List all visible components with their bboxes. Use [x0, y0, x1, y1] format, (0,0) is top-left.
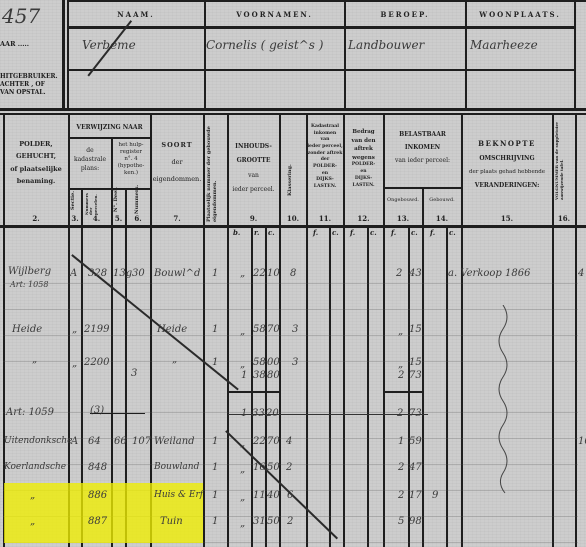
header-naam: NAAM.	[68, 10, 204, 19]
col12-line1: Bedrag	[344, 128, 383, 137]
subtotal-line	[383, 391, 422, 393]
wavy-line-icon	[495, 305, 515, 495]
unit-c14-c: c.	[449, 228, 456, 237]
row1-c13: 43	[409, 268, 422, 279]
hulp-line4: (hypothe-	[112, 163, 150, 170]
col14-label: Gebouwd.	[423, 197, 461, 204]
row1-c15: a. Verkoop 1866	[448, 268, 530, 279]
row2-b: „	[240, 326, 245, 337]
row2-klasse: 3	[292, 324, 298, 335]
divider	[0, 108, 586, 111]
col13-number: 13.	[384, 214, 422, 223]
col7-line3: eigendommen.	[151, 171, 203, 188]
col9-line2: GROOTTE	[228, 154, 279, 168]
unit-c13-f: f.	[391, 228, 396, 237]
col12-line6: en	[344, 169, 383, 176]
divider	[575, 114, 577, 547]
kadastrale-line3: plans:	[69, 164, 111, 173]
col7-number: 7.	[151, 214, 203, 223]
row9-f13: 5	[398, 516, 404, 527]
row3-polder: „	[32, 354, 37, 365]
col16-label: VOLGNUMMER van de suppletoire aanwijzend…	[555, 120, 565, 200]
article-number: 457	[2, 4, 40, 28]
row1-deel: 13g	[113, 268, 132, 279]
divider	[383, 187, 461, 189]
row9-klasse: 2	[287, 516, 293, 527]
belastbaar-line2: INKOMEN	[384, 141, 461, 154]
hulp-line2: register	[112, 149, 150, 156]
divider	[68, 137, 150, 139]
divider	[67, 26, 575, 29]
row9-c: 50	[267, 516, 280, 527]
unit-c11-c: c.	[332, 228, 339, 237]
col10-label: Klassering.	[287, 164, 293, 196]
row2-c: 70	[267, 324, 280, 335]
col7-line2: der	[151, 154, 203, 171]
row3-deel: 3	[131, 368, 137, 379]
row7-r: 16	[253, 462, 266, 473]
col5-label: N°. Deel.	[113, 187, 119, 212]
unit-bunders: b.	[233, 228, 240, 237]
row3-c8: 1	[212, 357, 218, 368]
col9-line4: ieder perceel.	[228, 183, 279, 197]
divider	[67, 69, 575, 71]
owner-label-2: ACHTER , OF	[0, 81, 58, 89]
row3-c13: 15	[409, 357, 422, 368]
row6-polder: Uitendonksche	[4, 436, 72, 446]
col7-line1: SOORT	[151, 137, 203, 154]
row3-r: 58	[253, 357, 266, 368]
col4-number: 4.	[82, 214, 111, 223]
col12-line2: van den	[344, 137, 383, 146]
row6-f13: 1	[398, 436, 404, 447]
col12-line5: POLDER-	[344, 162, 383, 169]
row3-soort: „	[172, 354, 177, 365]
owner-beroep: Landbouwer	[348, 38, 424, 52]
col2-line2: GEHUCHT,	[4, 150, 68, 162]
row9-c8: 1	[212, 516, 218, 527]
row9-polder: „	[30, 516, 35, 527]
col9-number: 9.	[228, 214, 279, 223]
row4-c13: 73	[409, 370, 422, 381]
row5-perceel: (3)	[90, 405, 104, 416]
row2-soort: Heide	[157, 324, 187, 335]
col15-line3: der plaats gehad hebbende	[462, 166, 552, 179]
col16-number: 16.	[553, 214, 575, 223]
owner-woonplaats: Maarheeze	[470, 38, 538, 52]
col15-line4: VERANDERINGEN:	[462, 179, 552, 193]
row2-sectie: „	[72, 324, 77, 335]
kadastrale-line1: de	[69, 146, 111, 155]
col3-label: Sectie.	[70, 191, 76, 210]
row6-c13: 59	[409, 436, 422, 447]
unit-c13-c: c.	[411, 228, 418, 237]
col6-number: 6.	[126, 214, 150, 223]
row2-c13: 15	[409, 324, 422, 335]
row8-c13: 17	[409, 490, 422, 501]
row9-r: 31	[253, 516, 266, 527]
owner-label-1: HITGEBRUIKER.	[0, 73, 58, 81]
divider	[0, 113, 586, 115]
row2-polder: Heide	[12, 324, 42, 335]
row5-f13: 2	[397, 408, 403, 419]
header-beroep: BEROEP.	[345, 10, 465, 19]
header-voornamen: VOORNAMEN.	[205, 10, 344, 19]
hulp-line3: n°. 4	[112, 156, 150, 163]
col15-line2: OMSCHRIJVING	[462, 152, 552, 166]
row8-r: 11	[253, 490, 266, 501]
row3-sectie: „	[72, 358, 77, 369]
row4-b: 1	[241, 370, 247, 381]
col3-number: 3.	[69, 214, 81, 223]
row1-nummer: 30	[132, 268, 145, 279]
col11-line9: DIJKS-	[307, 177, 343, 184]
row1-r: 22	[253, 268, 266, 279]
row1-c16: 4	[578, 268, 584, 279]
row7-klasse: 2	[286, 462, 292, 473]
jaar-label: AAR .....	[0, 40, 29, 48]
row6-soort: Weiland	[154, 436, 195, 447]
row8-polder: „	[30, 490, 35, 501]
row3-f13: „	[398, 359, 403, 370]
row7-c13: 47	[409, 462, 422, 473]
row3-perceel: 2200	[84, 357, 109, 368]
row8-b: „	[240, 492, 245, 503]
row6-c8: 1	[212, 436, 218, 447]
divider	[367, 228, 369, 547]
col13-label: Ongebouwd.	[384, 197, 422, 204]
col9-line3: van	[228, 169, 279, 183]
row8-c: 40	[267, 490, 280, 501]
divider	[383, 114, 385, 547]
row6-b: „	[240, 438, 245, 449]
col6-label: Nummers.	[134, 185, 140, 214]
ruled-line	[3, 335, 578, 336]
unit-ellen: c.	[268, 228, 275, 237]
row2-f13: „	[398, 326, 403, 337]
unit-roeden: r.	[254, 228, 259, 237]
col15-number: 15.	[462, 214, 552, 223]
col12-line8: LASTEN.	[344, 183, 383, 190]
col2-line4: benaming.	[4, 175, 68, 187]
col11-line4: ieder perceel,	[307, 144, 343, 151]
register-page: 457 AAR ..... HITGEBRUIKER. ACHTER , OF …	[0, 0, 586, 547]
divider	[574, 0, 576, 108]
row8-klasse: 6	[287, 490, 293, 501]
col11-line2: inkomen	[307, 131, 343, 138]
row7-c8: 1	[212, 462, 218, 473]
row2-r: 58	[253, 324, 266, 335]
row6-deel: 66	[114, 436, 127, 447]
col14-number: 14.	[423, 214, 461, 223]
divider	[329, 228, 331, 547]
divider	[67, 0, 586, 2]
row9-perceel: 887	[88, 516, 107, 527]
row9-soort: Tuin	[160, 516, 183, 527]
ruled-line	[3, 283, 578, 284]
row3-c: 00	[267, 357, 280, 368]
col11-line1: Kadastraal	[307, 124, 343, 131]
unit-c12-f: f.	[350, 228, 355, 237]
col12-number: 12.	[344, 214, 383, 223]
row1-art: Art: 1058	[10, 280, 48, 289]
col11-line3: van	[307, 137, 343, 144]
verwijzing-header: VERWIJZING NAAR	[69, 124, 150, 132]
row8-f13: 2	[398, 490, 404, 501]
row7-f13: 2	[398, 462, 404, 473]
row7-perceel: 848	[88, 462, 107, 473]
divider	[203, 114, 205, 547]
col2-line1: POLDER,	[4, 138, 68, 150]
row8-c8: 1	[212, 490, 218, 501]
belastbaar-line3: van ieder perceel:	[384, 154, 461, 167]
subtotal-line	[227, 391, 279, 393]
col10-number: 10.	[280, 214, 306, 223]
row2-perceel: 2199	[84, 324, 109, 335]
row6-perceel: 64	[88, 436, 101, 447]
row6-c: 70	[267, 436, 280, 447]
row6-r: 22	[253, 436, 266, 447]
col2-line3: of plaatselijke	[4, 163, 68, 175]
row4-c: 80	[267, 370, 280, 381]
row6-nummer: 107	[132, 436, 151, 447]
unit-c11-f: f.	[313, 228, 318, 237]
header-woonplaats: WOONPLAATS.	[466, 10, 574, 19]
row3-b: „	[240, 359, 245, 370]
row7-soort: Bouwland	[154, 462, 199, 472]
owner-voornamen: Cornelis ( geist^s )	[206, 38, 323, 52]
col12-line4: wegens	[344, 154, 383, 163]
kadastrale-line2: kadastrale	[69, 155, 111, 164]
divider	[62, 0, 65, 108]
row9-c13: 98	[409, 516, 422, 527]
col4-label: Nummers der percelen.	[85, 190, 98, 215]
col8-label: Plaatselijk nummer der gebouwde eigendom…	[206, 122, 218, 222]
unit-c12-c: c.	[370, 228, 377, 237]
row3-klasse: 3	[292, 357, 298, 368]
col11-line10: LASTEN.	[307, 184, 343, 191]
col11-number: 11.	[307, 214, 343, 223]
row8-f14: 9	[432, 490, 438, 501]
hulp-line1: het hulp-	[112, 142, 150, 149]
row1-f13: 2	[396, 268, 402, 279]
row7-polder: Koerlandsche	[4, 462, 66, 472]
row1-b: „	[240, 268, 245, 279]
row8-soort: Huis & Erf	[154, 490, 203, 500]
divider	[0, 225, 586, 228]
row1-soort: Bouwl^d	[154, 268, 200, 279]
col11-line6: der	[307, 157, 343, 164]
row6-c16: 10	[578, 436, 586, 447]
row5-c13: 73	[409, 408, 422, 419]
row1-perceel: 328	[88, 268, 107, 279]
row5-b: 1	[241, 408, 247, 419]
row8-perceel: 886	[88, 490, 107, 501]
unit-c14-f: f.	[430, 228, 435, 237]
col5-number: 5.	[112, 214, 125, 223]
row5-c: 20	[266, 408, 279, 419]
ruled-line	[3, 309, 578, 310]
row9-b: „	[240, 518, 245, 529]
row1-klasse: 8	[290, 268, 296, 279]
row1-c: 10	[267, 268, 280, 279]
row4-r: 38	[253, 370, 266, 381]
row7-b: „	[240, 464, 245, 475]
hulp-line5: ken.)	[112, 170, 150, 177]
row7-c: 50	[267, 462, 280, 473]
row1-polder: Wijlberg	[8, 266, 51, 277]
col11-line7: POLDER-	[307, 164, 343, 171]
divider	[422, 188, 424, 547]
col9-line1: INHOUDS-	[228, 140, 279, 154]
owner-label-3: VAN OPSTAL.	[0, 89, 58, 97]
row2-c8: 1	[212, 324, 218, 335]
row5-r: 33	[252, 408, 265, 419]
belastbaar-line1: BELASTBAAR	[384, 128, 461, 141]
col15-line1: BEKNOPTE	[462, 136, 552, 152]
col12-line3: aftrek	[344, 145, 383, 154]
col12-line7: DIJKS-	[344, 176, 383, 183]
row6-klasse: 4	[286, 436, 292, 447]
row1-c8: 1	[212, 268, 218, 279]
row4-f13: 2	[398, 370, 404, 381]
row5-art: Art: 1059	[6, 407, 54, 418]
row1-sectie: A	[70, 268, 77, 279]
col2-number: 2.	[4, 214, 68, 223]
row6-sectie: A	[71, 436, 78, 447]
